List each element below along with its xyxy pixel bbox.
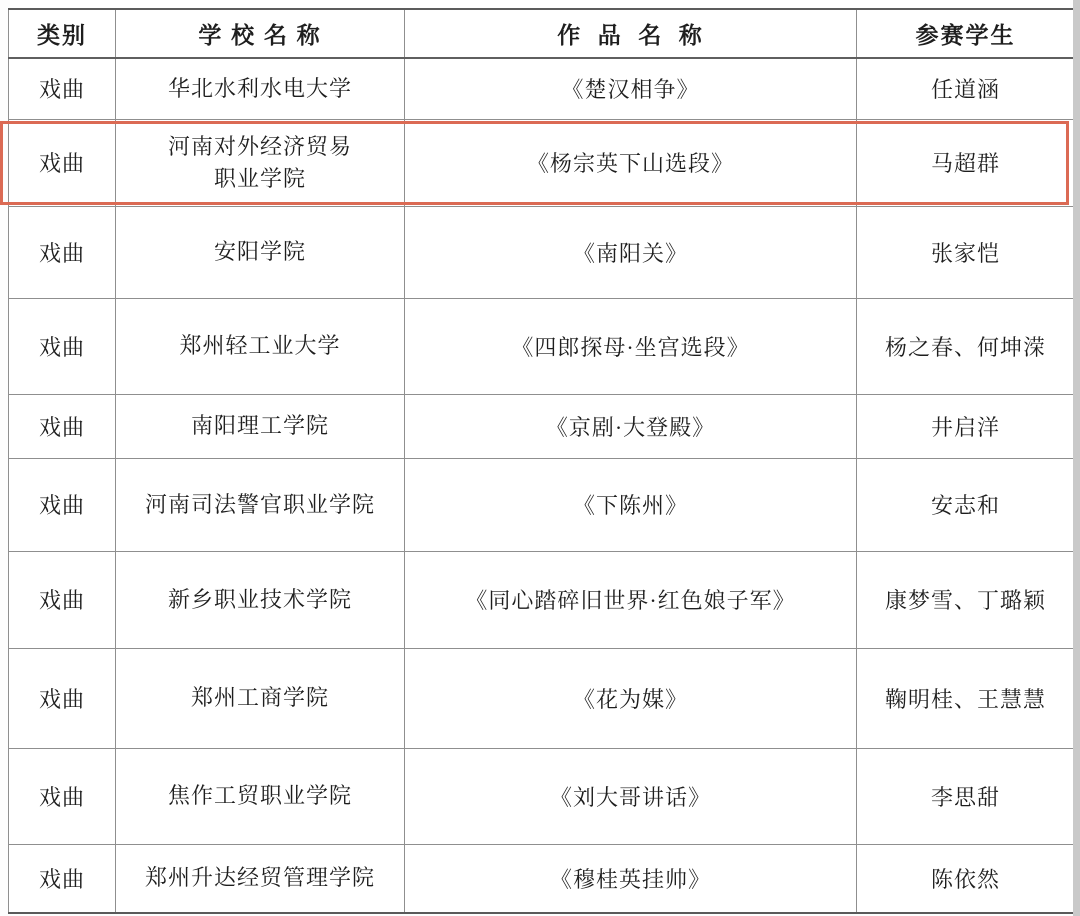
- cell-school: 郑州升达经贸管理学院: [116, 844, 405, 913]
- cell-category: 戏曲: [9, 458, 116, 551]
- cell-students: 李思甜: [857, 748, 1075, 844]
- header-work: 作 品 名 称: [405, 9, 857, 58]
- cell-work: 《穆桂英挂帅》: [405, 844, 857, 913]
- cell-students: 康梦雪、丁璐颖: [857, 551, 1075, 648]
- cell-school: 河南对外经济贸易 职业学院: [116, 119, 405, 206]
- cell-category: 戏曲: [9, 844, 116, 913]
- table-row: 戏曲 郑州工商学院 《花为媒》 鞠明桂、王慧慧: [9, 648, 1075, 748]
- cell-school: 华北水利水电大学: [116, 58, 405, 119]
- table-row-highlighted: 戏曲 河南对外经济贸易 职业学院 《杨宗英下山选段》 马超群: [9, 119, 1075, 206]
- table-row: 戏曲 华北水利水电大学 《楚汉相争》 任道涵: [9, 58, 1075, 119]
- cell-category: 戏曲: [9, 298, 116, 394]
- cell-work: 《花为媒》: [405, 648, 857, 748]
- table-row: 戏曲 焦作工贸职业学院 《刘大哥讲话》 李思甜: [9, 748, 1075, 844]
- table-row: 戏曲 郑州轻工业大学 《四郎探母·坐宫选段》 杨之春、何坤溁: [9, 298, 1075, 394]
- page-right-edge: [1073, 0, 1080, 916]
- cell-work: 《下陈州》: [405, 458, 857, 551]
- header-students: 参赛学生: [857, 9, 1075, 58]
- scanned-table-page: 类别 学 校 名 称 作 品 名 称 参赛学生 戏曲 华北水利水电大学 《楚汉相…: [0, 0, 1080, 916]
- cell-students: 任道涵: [857, 58, 1075, 119]
- cell-school: 安阳学院: [116, 206, 405, 298]
- cell-category: 戏曲: [9, 119, 116, 206]
- cell-students: 张家恺: [857, 206, 1075, 298]
- header-school: 学 校 名 称: [116, 9, 405, 58]
- cell-school: 郑州工商学院: [116, 648, 405, 748]
- cell-category: 戏曲: [9, 58, 116, 119]
- cell-category: 戏曲: [9, 551, 116, 648]
- cell-category: 戏曲: [9, 206, 116, 298]
- cell-school: 河南司法警官职业学院: [116, 458, 405, 551]
- header-category: 类别: [9, 9, 116, 58]
- cell-work: 《楚汉相争》: [405, 58, 857, 119]
- cell-work: 《刘大哥讲话》: [405, 748, 857, 844]
- cell-category: 戏曲: [9, 748, 116, 844]
- cell-work: 《京剧·大登殿》: [405, 394, 857, 458]
- cell-students: 马超群: [857, 119, 1075, 206]
- cell-school: 焦作工贸职业学院: [116, 748, 405, 844]
- cell-category: 戏曲: [9, 394, 116, 458]
- cell-students: 杨之春、何坤溁: [857, 298, 1075, 394]
- header-row: 类别 学 校 名 称 作 品 名 称 参赛学生: [9, 9, 1075, 58]
- cell-work: 《南阳关》: [405, 206, 857, 298]
- cell-students: 安志和: [857, 458, 1075, 551]
- cell-students: 鞠明桂、王慧慧: [857, 648, 1075, 748]
- cell-category: 戏曲: [9, 648, 116, 748]
- cell-school: 新乡职业技术学院: [116, 551, 405, 648]
- table-row: 戏曲 安阳学院 《南阳关》 张家恺: [9, 206, 1075, 298]
- competition-results-table: 类别 学 校 名 称 作 品 名 称 参赛学生 戏曲 华北水利水电大学 《楚汉相…: [8, 8, 1075, 914]
- cell-work: 《四郎探母·坐宫选段》: [405, 298, 857, 394]
- table-row: 戏曲 河南司法警官职业学院 《下陈州》 安志和: [9, 458, 1075, 551]
- cell-students: 井启洋: [857, 394, 1075, 458]
- table-row: 戏曲 郑州升达经贸管理学院 《穆桂英挂帅》 陈依然: [9, 844, 1075, 913]
- table-row: 戏曲 新乡职业技术学院 《同心踏碎旧世界·红色娘子军》 康梦雪、丁璐颖: [9, 551, 1075, 648]
- cell-work: 《杨宗英下山选段》: [405, 119, 857, 206]
- cell-students: 陈依然: [857, 844, 1075, 913]
- cell-school: 郑州轻工业大学: [116, 298, 405, 394]
- table-row: 戏曲 南阳理工学院 《京剧·大登殿》 井启洋: [9, 394, 1075, 458]
- cell-work: 《同心踏碎旧世界·红色娘子军》: [405, 551, 857, 648]
- cell-school: 南阳理工学院: [116, 394, 405, 458]
